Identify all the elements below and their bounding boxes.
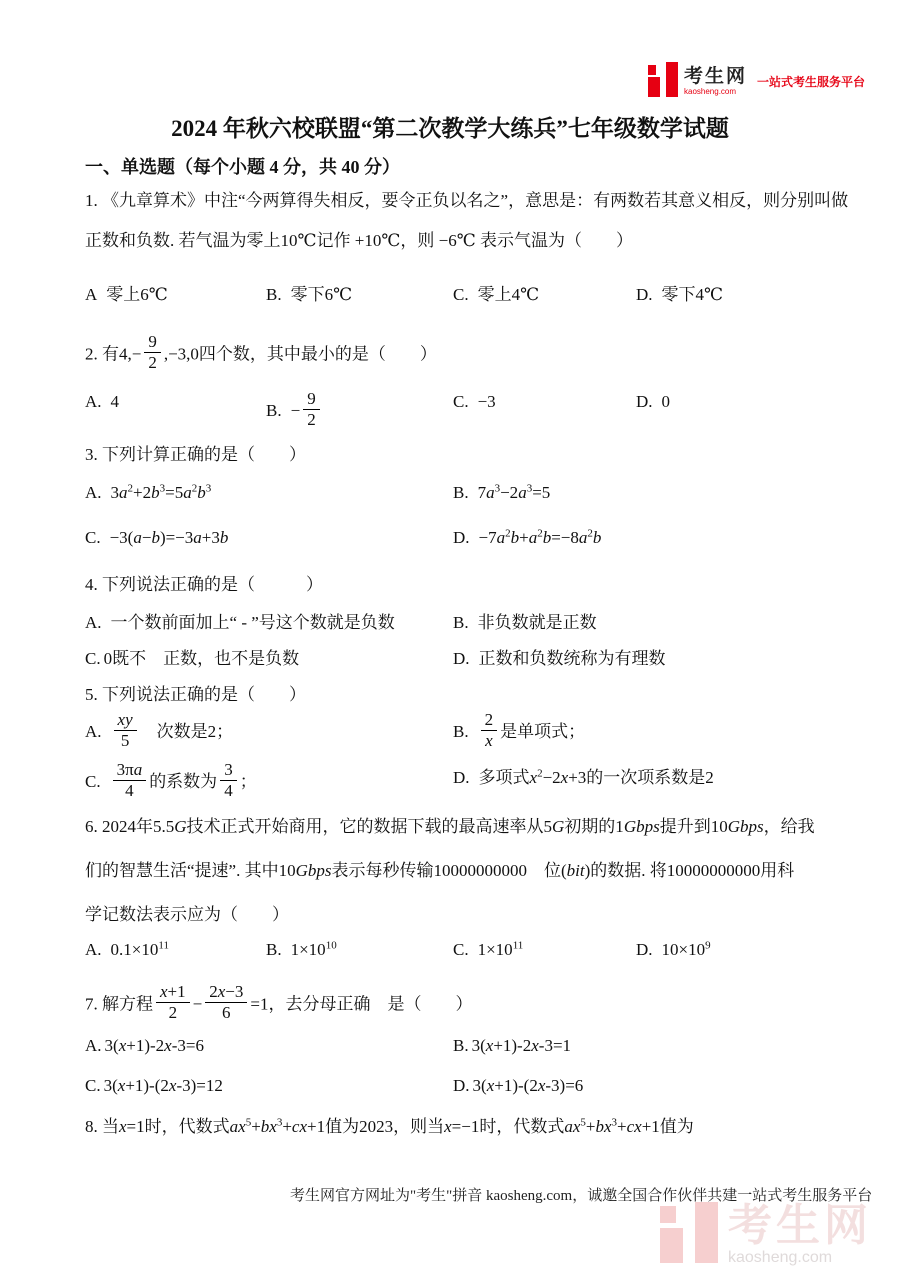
q5-option-c: C.3πa4的系数为34；: [85, 763, 257, 804]
kaosheng-logo-icon: [648, 62, 678, 100]
watermark-brand-name: 考生网: [728, 1204, 872, 1248]
q3-stem: 3. 下列计算正确的是（ ）: [85, 440, 306, 465]
q1-stem-line-2: 正数和负数. 若气温为零上10℃记作 +10℃，则 −6℃ 表示气温为（ ）: [85, 226, 633, 251]
q1-option-d: D.零下4℃: [636, 280, 723, 305]
q2-option-c: C.−3: [453, 392, 496, 412]
watermark-brand-domain: kaosheng.com: [728, 1250, 872, 1266]
kaosheng-logo: 考生网 kaosheng.com 一站式考生服务平台: [648, 62, 865, 100]
q7-option-a: A.3(x+1)-2x-3=6: [85, 1036, 204, 1056]
q2-option-b: B.−92: [266, 392, 323, 433]
q2-option-d: D.0: [636, 392, 670, 412]
q5-option-d: D.多项式x2−2x+3的一次项系数是2: [453, 763, 714, 788]
brand-name: 考生网: [684, 67, 747, 86]
q4-option-c: C.0既不 正数，也不是负数: [85, 644, 299, 669]
q1-stem-line-1: 1. 《九章算术》中注“今两算得失相反，要令正负以名之”，意思是：有两数若其意义…: [85, 186, 848, 211]
q1-option-c: C.零上4℃: [453, 280, 539, 305]
q7-option-c: C.3(x+1)-(2x-3)=12: [85, 1076, 223, 1096]
page-title: 2024 年秋六校联盟“第二次教学大练兵”七年级数学试题: [0, 110, 900, 143]
q4-stem: 4. 下列说法正确的是（ ）: [85, 570, 323, 595]
q6-option-d: D.10×109: [636, 940, 711, 960]
q7-option-d: D.3(x+1)-(2x-3)=6: [453, 1076, 583, 1096]
section-heading: 一、单选题（每个小题 4 分，共 40 分）: [85, 153, 400, 179]
q5-option-b: B.2x是单项式；: [453, 713, 585, 754]
q2-stem: 2. 有4,−92,−3,0四个数，其中最小的是（ ）: [85, 335, 437, 376]
q8-stem: 8. 当x=1时，代数式ax5+bx3+cx+1值为2023，则当x=−1时，代…: [85, 1112, 694, 1137]
q1-option-b: B.零下6℃: [266, 280, 352, 305]
brand-domain: kaosheng.com: [684, 88, 747, 96]
q4-option-a: A.一个数前面加上“ - ”号这个数就是负数: [85, 608, 395, 633]
q4-option-b: B.非负数就是正数: [453, 608, 597, 633]
q6-stem-line-3: 学记数法表示应为（ ）: [85, 900, 289, 925]
q3-option-c: C.−3(a−b)=−3a+3b: [85, 528, 228, 548]
q4-option-d: D.正数和负数统称为有理数: [453, 644, 666, 669]
q6-option-c: C.1×1011: [453, 940, 523, 960]
q1-option-a: A零上6℃: [85, 280, 168, 305]
q6-option-a: A.0.1×1011: [85, 940, 169, 960]
q5-stem: 5. 下列说法正确的是（ ）: [85, 680, 306, 705]
q5-option-a: A.xy5 次数是2；: [85, 713, 233, 754]
exam-page: 考生网 kaosheng.com 一站式考生服务平台 2024 年秋六校联盟“第…: [0, 0, 900, 1272]
q3-option-d: D.−7a2b+a2b=−8a2b: [453, 528, 601, 548]
q6-stem-line-1: 6. 2024年5.5G技术正式开始商用，它的数据下载的最高速率从5G初期的1G…: [85, 812, 815, 837]
q2-option-a: A.4: [85, 392, 119, 412]
q7-option-b: B.3(x+1)-2x-3=1: [453, 1036, 571, 1056]
kaosheng-watermark-icon: [660, 1202, 718, 1268]
q3-option-a: A.3a2+2b3=5a2b3: [85, 483, 211, 503]
brand-tagline: 一站式考生服务平台: [757, 73, 865, 90]
q6-stem-line-2: 们的智慧生活“提速”. 其中10Gbps表示每秒传输10000000000 位(…: [85, 856, 794, 881]
q6-option-b: B.1×1010: [266, 940, 337, 960]
kaosheng-watermark: 考生网 kaosheng.com: [660, 1202, 872, 1268]
q3-option-b: B.7a3−2a3=5: [453, 483, 550, 503]
q7-stem: 7. 解方程x+12−2x−36=1，去分母正确 是（ ）: [85, 985, 472, 1026]
